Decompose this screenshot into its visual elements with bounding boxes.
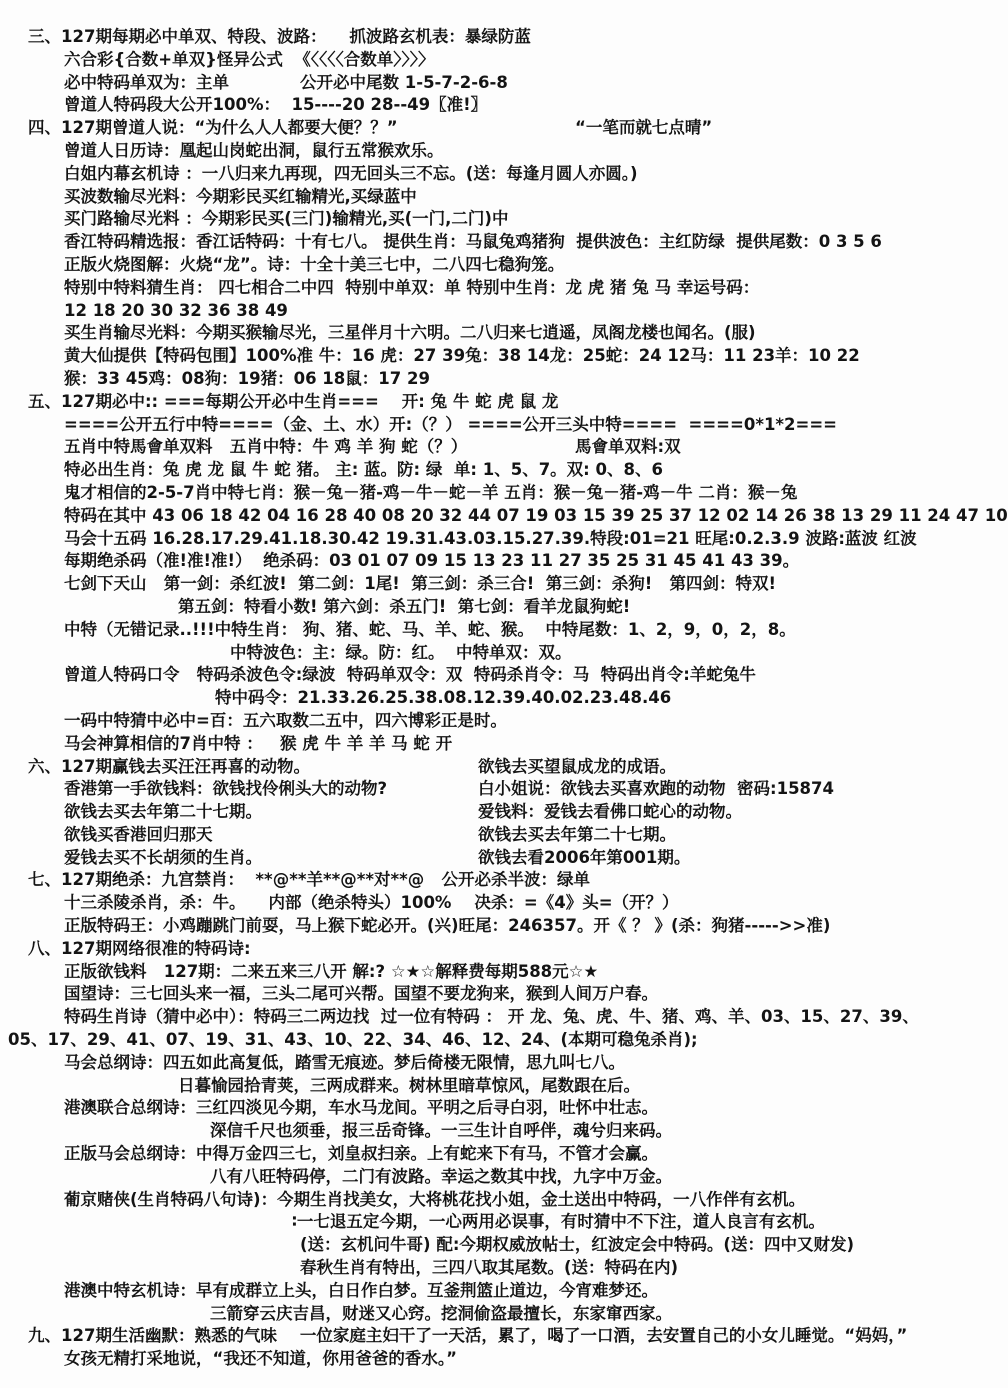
line-text: 五、127期必中:: ===每期公开必中生肖=== 开: 兔 牛 蛇 虎 鼠 龙	[28, 391, 558, 414]
line-text: 香江特码精选报：香江话特码：十有七八。 提供生肖：马鼠兔鸡猪狗 提供波色：主红防…	[64, 231, 882, 254]
line-text: 正版特码王：小鸡蹦跳门前耍，马上猴下蛇必开。(兴)旺尾：246357。开《 ？ …	[64, 915, 830, 938]
line-text: 香港第一手欲钱料：欲钱找伶俐头大的动物?	[64, 778, 387, 801]
line-text: 买生肖输尽光料：今期买猴输尽光，三星伴月十六明。二八归来七逍遥，凤阁龙楼也闻名。…	[64, 322, 756, 345]
text-line: 三、127期每期必中单双、特段、波路： 抓波路玄机表：暴绿防蓝	[0, 26, 1008, 49]
text-line: 鬼才相信的2-5-7肖中特七肖：猴－兔－猪-鸡－牛－蛇－羊 五肖：猴－兔－猪-鸡…	[0, 482, 1008, 505]
text-line: (送：玄机问牛哥) 配:今期权威放帖士，红波定会中特码。(送：四中又财发)	[0, 1234, 1008, 1257]
text-line: 欲钱买香港回归那天欲钱去买去年第二十七期。	[0, 824, 1008, 847]
line-text: 爱钱去买不长胡须的生肖。	[64, 847, 262, 870]
line-text: 特别中特料猜生肖： 四七相合二中四 特别中单双：单 特别中生肖：龙 虎 猪 兔 …	[64, 277, 759, 300]
text-line: 六、127期赢钱去买汪汪再喜的动物。欲钱去买望鼠成龙的成语。	[0, 756, 1008, 779]
line-text: 第五剑：特看小数! 第六剑：杀五门! 第七剑：看羊龙鼠狗蛇!	[178, 596, 630, 619]
text-line: 买门路输尽光料 ：今期彩民买(三门)输精光,买(一门,二门)中	[0, 208, 1008, 231]
text-line: 十三杀陵杀肖，杀：牛。 内部（绝杀特头）100% 决杀：=《4》头=（开？）	[0, 892, 1008, 915]
line-text: 欲钱去买去年第二十七期。	[64, 801, 262, 824]
line-text: 三、127期每期必中单双、特段、波路： 抓波路玄机表：暴绿防蓝	[28, 26, 531, 49]
line-text: 女孩无精打采地说，“我还不知道，你用爸爸的香水。”	[64, 1348, 457, 1371]
line-text: 八、127期网络很准的特码诗:	[28, 938, 251, 961]
line-text: (送：玄机问牛哥) 配:今期权威放帖士，红波定会中特码。(送：四中又财发)	[300, 1234, 854, 1257]
line-text: 买门路输尽光料 ：今期彩民买(三门)输精光,买(一门,二门)中	[64, 208, 508, 231]
line-text: 曾道人特码段大公开100%： 15----20 28--49〖准!〗	[64, 94, 487, 117]
text-line: 正版特码王：小鸡蹦跳门前耍，马上猴下蛇必开。(兴)旺尾：246357。开《 ？ …	[0, 915, 1008, 938]
line-text: 日暮愉园拾青荚，三两成群来。树林里暗草惊风，尾数跟在后。	[178, 1075, 640, 1098]
line-text: 春秋生肖有特出，三四八取其尾数。(送：特码在内)	[300, 1257, 678, 1280]
line-text-right: 馬會单双料:双	[575, 436, 681, 459]
text-line: 曾道人特码段大公开100%： 15----20 28--49〖准!〗	[0, 94, 1008, 117]
line-text: 五肖中特馬會单双料 五肖中特：牛 鸡 羊 狗 蛇（？）	[64, 436, 467, 459]
document-page: 三、127期每期必中单双、特段、波路： 抓波路玄机表：暴绿防蓝六合彩{合数+单双…	[0, 0, 1008, 1388]
line-text: 六、127期赢钱去买汪汪再喜的动物。	[28, 756, 310, 779]
text-line: 七、127期绝杀：九宫禁肖： **@**羊**@**对**@ 公开必杀半波：绿单	[0, 869, 1008, 892]
line-text: 十三杀陵杀肖，杀：牛。 内部（绝杀特头）100% 决杀：=《4》头=（开？）	[64, 892, 679, 915]
line-text: 特码在其中 43 06 18 42 04 16 28 40 08 20 32 4…	[64, 505, 1008, 528]
text-line: 正版欲钱料 127期：二来五来三八开 解:? ☆★☆解释费每期588元☆★	[0, 961, 1008, 984]
text-line: 特码在其中 43 06 18 42 04 16 28 40 08 20 32 4…	[0, 505, 1008, 528]
line-text: 正版欲钱料 127期：二来五来三八开 解:? ☆★☆解释费每期588元☆★	[64, 961, 598, 984]
text-line: 猴：33 45鸡：08狗：19猪：06 18鼠：17 29	[0, 368, 1008, 391]
text-line: 港澳中特玄机诗：早有成群立上头，白日作白梦。互釜荆篮止道边，今宵难梦还。	[0, 1280, 1008, 1303]
line-text: 马会神算相信的7肖中特 ： 猴 虎 牛 羊 羊 马 蛇 开	[64, 733, 452, 756]
text-line: 五、127期必中:: ===每期公开必中生肖=== 开: 兔 牛 蛇 虎 鼠 龙	[0, 391, 1008, 414]
text-line: 港澳联合总纲诗：三红四淡见今期，车水马龙间。平明之后寻白羽，吐怀中壮志。	[0, 1097, 1008, 1120]
line-text: 鬼才相信的2-5-7肖中特七肖：猴－兔－猪-鸡－牛－蛇－羊 五肖：猴－兔－猪-鸡…	[64, 482, 797, 505]
line-text-right: 欲钱去买望鼠成龙的成语。	[478, 756, 676, 779]
text-line: 一码中特猜中必中=百：五六取数二五中，四六博彩正是时。	[0, 710, 1008, 733]
text-line: 葡京赌侠(生肖特码八句诗)：今期生肖找美女，大将桃花找小姐，金土送出中特码，一八…	[0, 1189, 1008, 1212]
text-line: 特别中特料猜生肖： 四七相合二中四 特别中单双：单 特别中生肖：龙 虎 猪 兔 …	[0, 277, 1008, 300]
line-text: 七、127期绝杀：九宫禁肖： **@**羊**@**对**@ 公开必杀半波：绿单	[28, 869, 590, 892]
text-line: 特中码令：21.33.26.25.38.08.12.39.40.02.23.48…	[0, 687, 1008, 710]
text-line: 春秋生肖有特出，三四八取其尾数。(送：特码在内)	[0, 1257, 1008, 1280]
text-line: 12 18 20 30 32 36 38 49	[0, 300, 1008, 323]
line-text: 欲钱买香港回归那天	[64, 824, 213, 847]
text-line: 女孩无精打采地说，“我还不知道，你用爸爸的香水。”	[0, 1348, 1008, 1371]
text-line: 九、127期生活幽默：熟悉的气味 一位家庭主妇干了一天活，累了，喝了一口酒，去安…	[0, 1325, 1008, 1348]
line-text: 中特波色：主：绿。防：红。 中特单双：双。	[230, 642, 572, 665]
line-text: 黄大仙提供【特码包围】100%准 牛：16 虎：27 39兔：38 14龙：25…	[64, 345, 860, 368]
line-text: 必中特码单双为：主单	[64, 72, 229, 95]
line-text: 六合彩{合数+单双}怪异公式 《〈〈〈〈合数单〉〉〉〉	[64, 49, 435, 72]
line-text: 曾道人日历诗：凰起山岗蛇出洞，鼠行五常猴欢乐。	[64, 140, 444, 163]
line-text: 05、17、29、41、07、19、31、43、10、22、34、46、12、2…	[8, 1029, 698, 1052]
line-text: 马会总纲诗：四五如此高复低，踏雪无痕迹。梦后倚楼无限情，思九叫七八。	[64, 1052, 625, 1075]
line-text: 白姐内幕玄机诗 ：一八归来九再现，四无回头三不忘。(送：每逢月圆人亦圆。)	[64, 163, 638, 186]
line-text: 马会十五码 16.28.17.29.41.18.30.42 19.31.43.0…	[64, 528, 917, 551]
text-line: 买生肖输尽光料：今期买猴输尽光，三星伴月十六明。二八归来七逍遥，凤阁龙楼也闻名。…	[0, 322, 1008, 345]
text-line: 日暮愉园拾青荚，三两成群来。树林里暗草惊风，尾数跟在后。	[0, 1075, 1008, 1098]
line-text: 特必出生肖：兔 虎 龙 鼠 牛 蛇 猪。 主: 蓝。防: 绿 单: 1、5、7。…	[64, 459, 663, 482]
line-text: 中特（无错记录..!!!中特生肖： 狗、猪、蛇、马、羊、蛇、猴。 中特尾数：1、…	[64, 619, 796, 642]
line-text: 买波数输尽光料：今期彩民买红输精光,买绿蓝中	[64, 186, 417, 209]
line-text: 正版火烧图解：火烧“龙”。诗：十全十美三七中，二八四七稳狗笼。	[64, 254, 564, 277]
line-text-right: 欲钱去看2006年第001期。	[478, 847, 690, 870]
line-text: 每期绝杀码（准!准!准!） 绝杀码：03 01 07 09 15 13 23 1…	[64, 550, 799, 573]
text-line: 特码生肖诗（猜中必中）：特码三二两边找 过一位有特码 ： 开 龙、兔、虎、牛、猪…	[0, 1006, 1008, 1029]
line-text: 猴：33 45鸡：08狗：19猪：06 18鼠：17 29	[64, 368, 430, 391]
text-line: 曾道人日历诗：凰起山岗蛇出洞，鼠行五常猴欢乐。	[0, 140, 1008, 163]
text-line: 八有八旺特码停，二门有波路。幸运之数其中找，九字中万金。	[0, 1166, 1008, 1189]
line-text: 正版马会总纲诗：中得万金四三七，刘皇叔扫亲。上有蛇来下有马，不管才会赢。	[64, 1143, 658, 1166]
text-line: 八、127期网络很准的特码诗:	[0, 938, 1008, 961]
line-text: ∶一七退五定今期，一心两用必误事，有时猜中不下注，道人良言有玄机。	[292, 1211, 825, 1234]
line-text: 港澳中特玄机诗：早有成群立上头，白日作白梦。互釜荆篮止道边，今宵难梦还。	[64, 1280, 658, 1303]
text-line: 国望诗：三七回头来一福，三头二尾可兴帮。国望不要龙狗来，猴到人间万户春。	[0, 983, 1008, 1006]
line-text: 九、127期生活幽默：熟悉的气味 一位家庭主妇干了一天活，累了，喝了一口酒，去安…	[28, 1325, 907, 1348]
text-line: 曾道人特码口令 特码杀波色令:绿波 特码单双令：双 特码杀肖令：马 特码出肖令:…	[0, 664, 1008, 687]
line-text: 曾道人特码口令 特码杀波色令:绿波 特码单双令：双 特码杀肖令：马 特码出肖令:…	[64, 664, 756, 687]
text-line: 四、127期曾道人说：“为什么人人都要大便？？”“一笔而就七点晴”	[0, 117, 1008, 140]
text-line: 马会神算相信的7肖中特 ： 猴 虎 牛 羊 羊 马 蛇 开	[0, 733, 1008, 756]
text-line: ∶一七退五定今期，一心两用必误事，有时猜中不下注，道人良言有玄机。	[0, 1211, 1008, 1234]
line-text-right: “一笔而就七点晴”	[575, 117, 712, 140]
text-line: 六合彩{合数+单双}怪异公式 《〈〈〈〈合数单〉〉〉〉	[0, 49, 1008, 72]
text-line: 马会总纲诗：四五如此高复低，踏雪无痕迹。梦后倚楼无限情，思九叫七八。	[0, 1052, 1008, 1075]
text-line: 五肖中特馬會单双料 五肖中特：牛 鸡 羊 狗 蛇（？）馬會单双料:双	[0, 436, 1008, 459]
line-text: 深信千尺也须垂，报三岳奇锋。一三生计自呼伴，魂兮归来码。	[210, 1120, 672, 1143]
text-line: 中特波色：主：绿。防：红。 中特单双：双。	[0, 642, 1008, 665]
line-text: 一码中特猜中必中=百：五六取数二五中，四六博彩正是时。	[64, 710, 507, 733]
line-text-right: 公开必中尾数 1-5-7-2-6-8	[300, 72, 508, 95]
text-line: 马会十五码 16.28.17.29.41.18.30.42 19.31.43.0…	[0, 528, 1008, 551]
line-text: ====公开五行中特====（金、土、水）开:（？） ====公开三头中特===…	[64, 414, 837, 437]
line-text: 港澳联合总纲诗：三红四淡见今期，车水马龙间。平明之后寻白羽，吐怀中壮志。	[64, 1097, 658, 1120]
text-line: 欲钱去买去年第二十七期。爱钱料：爱钱去看佛口蛇心的动物。	[0, 801, 1008, 824]
text-line: 正版马会总纲诗：中得万金四三七，刘皇叔扫亲。上有蛇来下有马，不管才会赢。	[0, 1143, 1008, 1166]
line-text: 特码生肖诗（猜中必中）：特码三二两边找 过一位有特码 ： 开 龙、兔、虎、牛、猪…	[64, 1006, 919, 1029]
line-text: 八有八旺特码停，二门有波路。幸运之数其中找，九字中万金。	[210, 1166, 672, 1189]
line-text: 七剑下天山 第一剑：杀红波! 第二剑：1尾! 第三剑：杀三合! 第三剑：杀狗! …	[64, 573, 776, 596]
text-line: 特必出生肖：兔 虎 龙 鼠 牛 蛇 猪。 主: 蓝。防: 绿 单: 1、5、7。…	[0, 459, 1008, 482]
line-text: 四、127期曾道人说：“为什么人人都要大便？？”	[28, 117, 398, 140]
text-line: 买波数输尽光料：今期彩民买红输精光,买绿蓝中	[0, 186, 1008, 209]
line-text: 12 18 20 30 32 36 38 49	[64, 300, 288, 323]
text-line: 香江特码精选报：香江话特码：十有七八。 提供生肖：马鼠兔鸡猪狗 提供波色：主红防…	[0, 231, 1008, 254]
text-line: 每期绝杀码（准!准!准!） 绝杀码：03 01 07 09 15 13 23 1…	[0, 550, 1008, 573]
text-line: 三箭穿云庆吉昌，财迷又心窍。挖洞偷盗最擅长，东家窜西家。	[0, 1303, 1008, 1326]
line-text-right: 爱钱料：爱钱去看佛口蛇心的动物。	[478, 801, 742, 824]
text-line: 必中特码单双为：主单公开必中尾数 1-5-7-2-6-8	[0, 72, 1008, 95]
line-text: 特中码令：21.33.26.25.38.08.12.39.40.02.23.48…	[215, 687, 671, 710]
text-line: 黄大仙提供【特码包围】100%准 牛：16 虎：27 39兔：38 14龙：25…	[0, 345, 1008, 368]
line-text: 国望诗：三七回头来一福，三头二尾可兴帮。国望不要龙狗来，猴到人间万户春。	[64, 983, 658, 1006]
line-text: 三箭穿云庆吉昌，财迷又心窍。挖洞偷盗最擅长，东家窜西家。	[210, 1303, 672, 1326]
text-line: 正版火烧图解：火烧“龙”。诗：十全十美三七中，二八四七稳狗笼。	[0, 254, 1008, 277]
line-text-right: 白小姐说：欲钱去买喜欢跑的动物 密码:15874	[478, 778, 834, 801]
text-line: 中特（无错记录..!!!中特生肖： 狗、猪、蛇、马、羊、蛇、猴。 中特尾数：1、…	[0, 619, 1008, 642]
text-line: 香港第一手欲钱料：欲钱找伶俐头大的动物?白小姐说：欲钱去买喜欢跑的动物 密码:1…	[0, 778, 1008, 801]
line-text-right: 欲钱去买去年第二十七期。	[478, 824, 676, 847]
text-line: 爱钱去买不长胡须的生肖。欲钱去看2006年第001期。	[0, 847, 1008, 870]
text-line: 05、17、29、41、07、19、31、43、10、22、34、46、12、2…	[0, 1029, 1008, 1052]
text-line: 白姐内幕玄机诗 ：一八归来九再现，四无回头三不忘。(送：每逢月圆人亦圆。)	[0, 163, 1008, 186]
text-line: 第五剑：特看小数! 第六剑：杀五门! 第七剑：看羊龙鼠狗蛇!	[0, 596, 1008, 619]
text-line: 深信千尺也须垂，报三岳奇锋。一三生计自呼伴，魂兮归来码。	[0, 1120, 1008, 1143]
text-line: 七剑下天山 第一剑：杀红波! 第二剑：1尾! 第三剑：杀三合! 第三剑：杀狗! …	[0, 573, 1008, 596]
line-text: 葡京赌侠(生肖特码八句诗)：今期生肖找美女，大将桃花找小姐，金土送出中特码，一八…	[64, 1189, 805, 1212]
text-line: ====公开五行中特====（金、土、水）开:（？） ====公开三头中特===…	[0, 414, 1008, 437]
